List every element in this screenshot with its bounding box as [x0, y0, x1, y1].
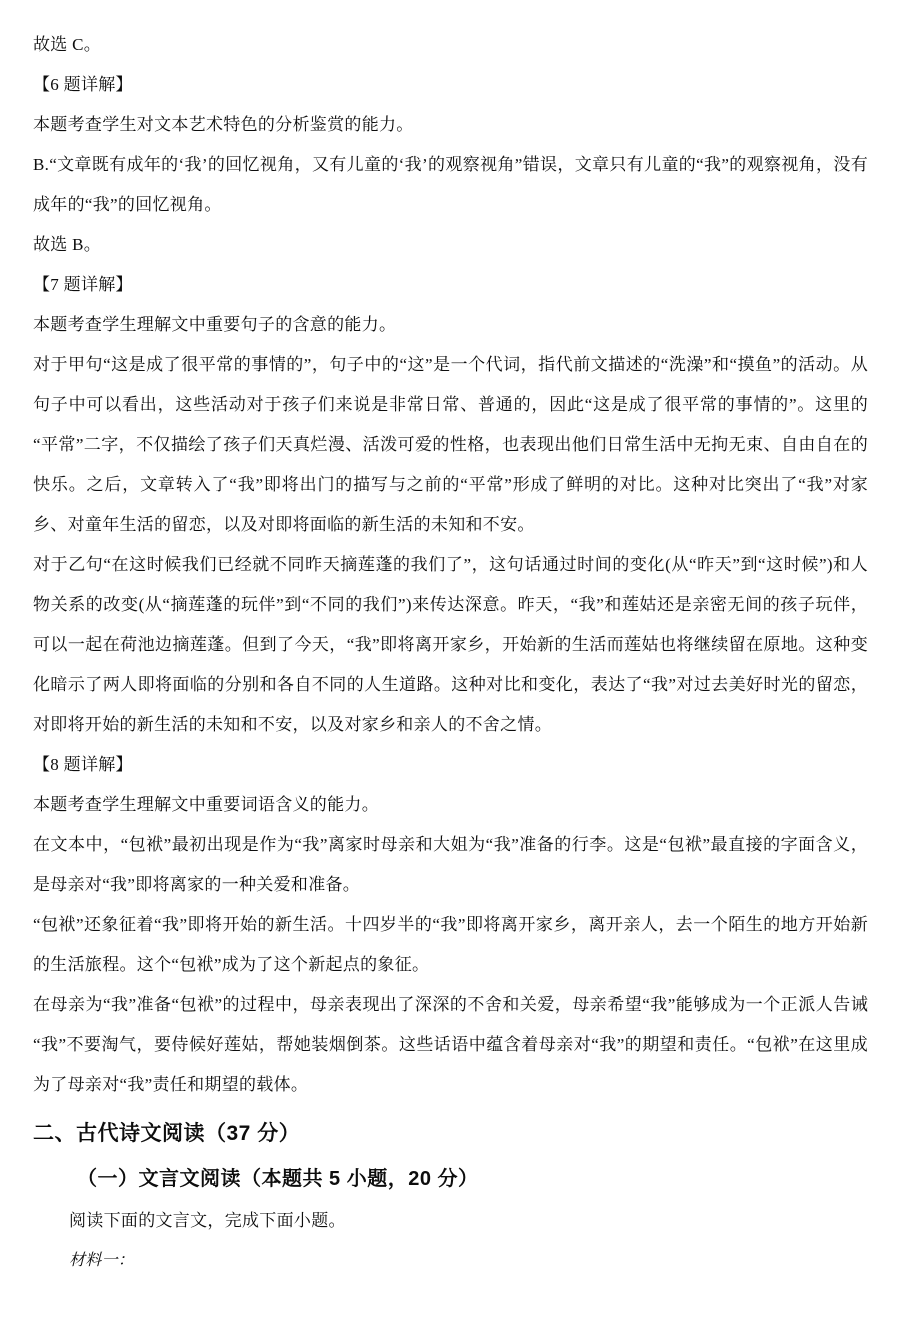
document-page: 故选 C。【6 题详解】本题考查学生对文本艺术特色的分析鉴赏的能力。B.“文章既…	[0, 0, 900, 1339]
document-content: 故选 C。【6 题详解】本题考查学生对文本艺术特色的分析鉴赏的能力。B.“文章既…	[33, 25, 868, 1281]
explanation-paragraph: B.“文章既有成年的‘我’的回忆视角，又有儿童的‘我’的观察视角”错误，文章只有…	[33, 145, 868, 225]
question-detail-label: 【6 题详解】	[33, 65, 868, 105]
explanation-paragraph: 本题考查学生理解文中重要句子的含意的能力。	[33, 305, 868, 345]
answer-line: 故选 C。	[33, 25, 868, 65]
question-detail-label: 【7 题详解】	[33, 265, 868, 305]
explanation-paragraph: “包袱”还象征着“我”即将开始的新生活。十四岁半的“我”即将离开家乡，离开亲人，…	[33, 905, 868, 985]
material-label: 材料一：	[33, 1241, 868, 1281]
explanation-paragraph: 本题考查学生对文本艺术特色的分析鉴赏的能力。	[33, 105, 868, 145]
explanation-paragraph: 本题考查学生理解文中重要词语含义的能力。	[33, 785, 868, 825]
subsection-heading: （一）文言文阅读（本题共 5 小题，20 分）	[33, 1157, 868, 1201]
explanation-paragraph: 对于乙句“在这时候我们已经就不同昨天摘莲蓬的我们了”，这句话通过时间的变化(从“…	[33, 545, 868, 745]
explanation-paragraph: 在文本中，“包袱”最初出现是作为“我”离家时母亲和大姐为“我”准备的行李。这是“…	[33, 825, 868, 905]
section-heading: 二、古代诗文阅读（37 分）	[33, 1111, 868, 1157]
reading-instruction: 阅读下面的文言文，完成下面小题。	[33, 1201, 868, 1241]
answer-line: 故选 B。	[33, 225, 868, 265]
explanation-paragraph: 在母亲为“我”准备“包袱”的过程中，母亲表现出了深深的不舍和关爱，母亲希望“我”…	[33, 985, 868, 1105]
explanation-paragraph: 对于甲句“这是成了很平常的事情的”，句子中的“这”是一个代词，指代前文描述的“洗…	[33, 345, 868, 545]
question-detail-label: 【8 题详解】	[33, 745, 868, 785]
